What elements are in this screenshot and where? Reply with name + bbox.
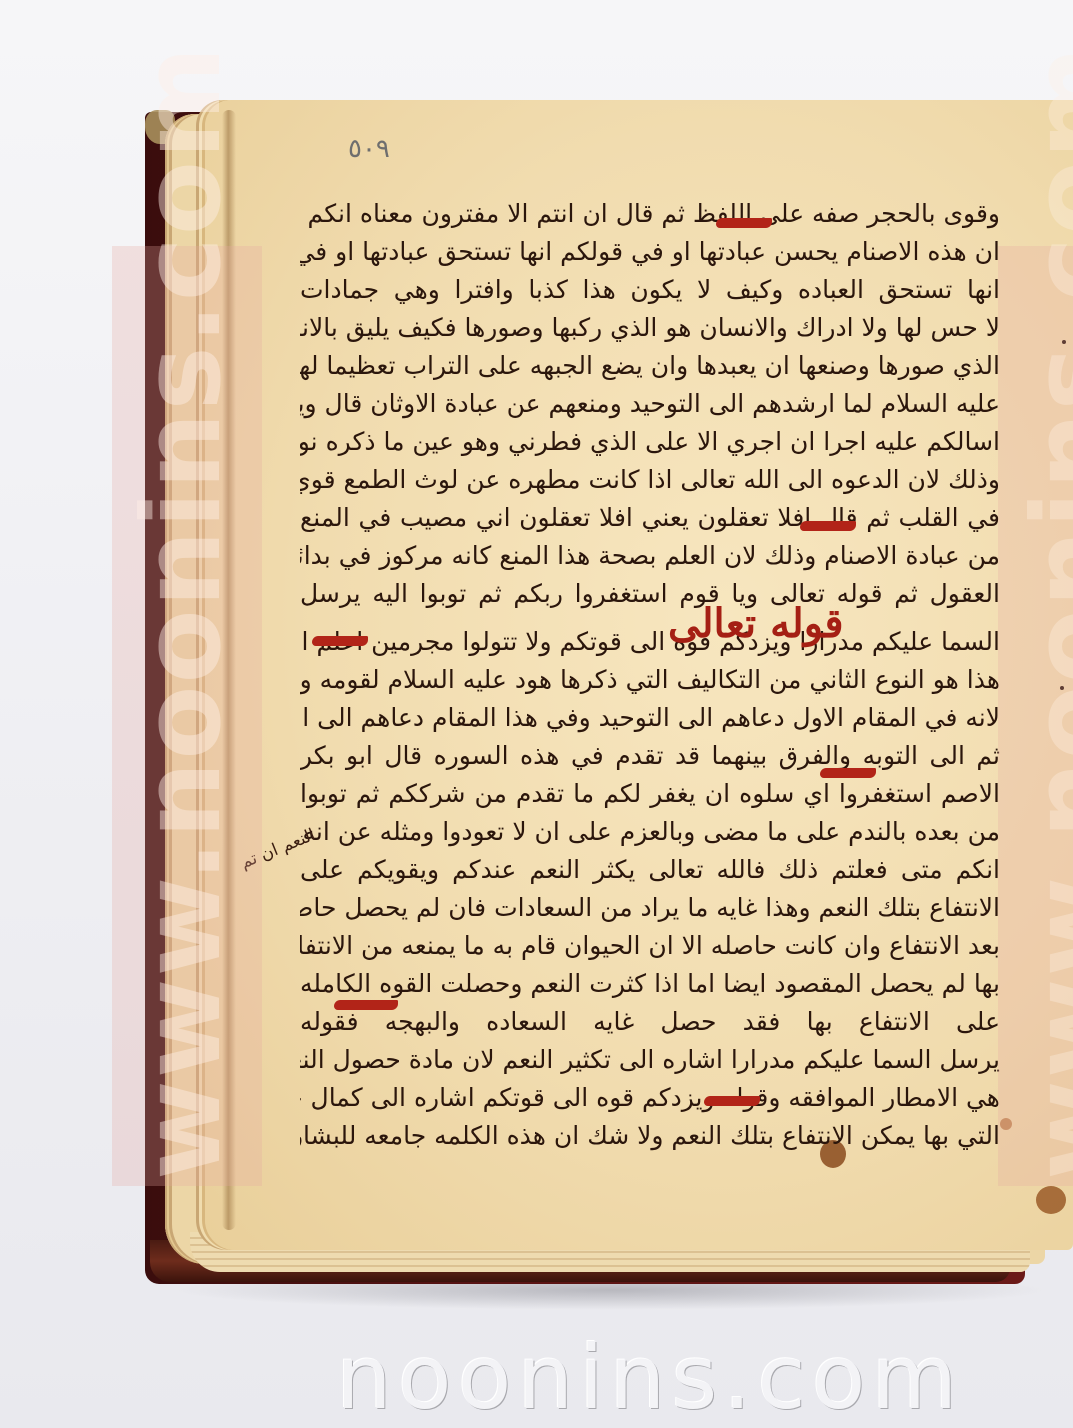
rubric-overline [800, 521, 856, 531]
watermark-left-text: www.noonins.com © [120, 0, 245, 1180]
rubric-overline [716, 218, 772, 228]
rubric-overline [820, 768, 876, 778]
rubric-overline [312, 636, 368, 646]
watermark-bottom-text: noonins.com [336, 1326, 963, 1428]
manuscript-text-block: وقوى بالحجر صفه على اللفظ ثم قال ان انتم… [300, 192, 1000, 1142]
rubric-overline [334, 1000, 398, 1010]
watermark-right-text: www.noonins.com © [1010, 0, 1073, 1180]
rubric-overline [704, 1096, 760, 1106]
folio-number: ٥٠٩ [348, 134, 390, 164]
text-line: التي بها يمكن الانتفاع بتلك النعم ولا شك… [300, 1114, 1000, 1158]
ink-stain [1036, 1186, 1066, 1214]
rubric-heading: قوله تعالى [668, 600, 844, 647]
text-line: العقول ثم قوله تعالى ويا قوم استغفروا رب… [300, 572, 1000, 616]
manuscript-photo: ٥٠٩ وقوى بالحجر صفه على اللفظ ثم قال ان … [0, 0, 1073, 1428]
